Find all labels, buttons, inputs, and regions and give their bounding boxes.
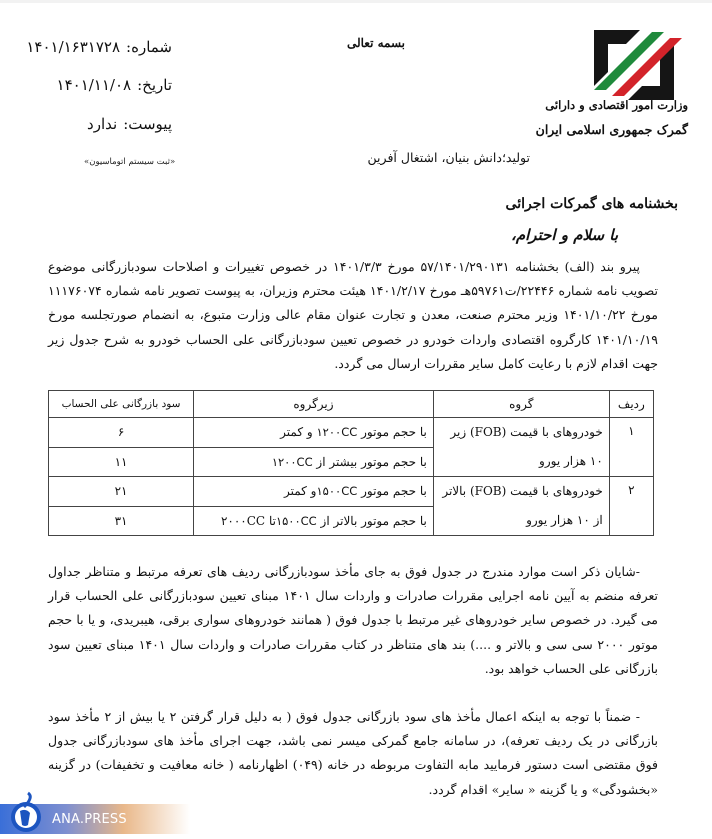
intro-paragraph: پیرو بند (الف) بخشنامه ۵۷/۱۴۰۱/۲۹۰۱۳۱ مو… — [48, 255, 658, 376]
subgroup-label-suffix: و کمتر — [284, 484, 317, 498]
basmala: بسمه تعالی — [343, 36, 409, 50]
subgroup-label: با حجم موتور — [357, 425, 427, 439]
iran-customs-logo — [582, 28, 686, 102]
row-rate: ۶ — [49, 418, 194, 448]
watermark-text: ANA.PRESS — [52, 812, 127, 827]
row-subgroup: با حجم موتور ۱۲۰۰CC و کمتر — [194, 418, 434, 448]
ministry-name: وزارت امور اقتصادی و دارائی — [488, 98, 688, 112]
paragraph-note-text: -شایان ذکر است موارد مندرج در جدول فوق ب… — [48, 560, 658, 681]
recipient-heading: بخشنامه های گمرکات اجرائی — [506, 196, 678, 212]
paragraph-note: -شایان ذکر است موارد مندرج در جدول فوق ب… — [48, 560, 658, 681]
letter-number-label: شماره: — [126, 38, 172, 56]
header-row-number: ردیف — [609, 391, 653, 418]
subgroup-label-suffix: تا ۲۰۰۰CC — [221, 514, 276, 528]
subgroup-label-suffix: و کمتر — [280, 425, 316, 439]
row-subgroup: با حجم موتور ۱۵۰۰CCو کمتر — [194, 477, 434, 507]
row-subgroup: با حجم موتور بیشتر از ۱۲۰۰CC — [194, 447, 434, 477]
profit-rate-table: ردیف گروه زیرگروه سود بازرگانی علی الحسا… — [48, 390, 654, 536]
letter-number-value: ۱۴۰۱/۱۶۳۱۷۲۸ — [26, 38, 120, 56]
row-subgroup: با حجم موتور بالاتر از ۱۵۰۰CCتا ۲۰۰۰CC — [194, 506, 434, 536]
row-rate: ۳۱ — [49, 506, 194, 536]
row-rate: ۲۱ — [49, 477, 194, 507]
row-number: ۱ — [609, 418, 653, 477]
letter-number: شماره:۱۴۰۱/۱۶۳۱۷۲۸ — [26, 38, 172, 56]
paragraph-system-instruction: - ضمناً با توجه به اینکه اعمال مأخذ های … — [48, 705, 658, 802]
paragraph-system-instruction-text: - ضمناً با توجه به اینکه اعمال مأخذ های … — [48, 705, 658, 802]
header-rate: سود بازرگانی علی الحساب — [49, 391, 194, 418]
row-rate: ۱۱ — [49, 447, 194, 477]
letter-date: تاریخ:۱۴۰۱/۱۱/۰۸ — [57, 76, 172, 94]
letter-attachment: پیوست:ندارد — [87, 115, 172, 133]
engine-cc: ۱۵۰۰CC — [276, 514, 317, 528]
header-group: گروه — [433, 391, 609, 418]
engine-cc: ۱۵۰۰CC — [316, 484, 357, 498]
top-edge — [0, 0, 712, 3]
letter-date-label: تاریخ: — [137, 76, 172, 94]
letter-attachment-label: پیوست: — [123, 115, 172, 133]
subgroup-label: با حجم موتور — [357, 484, 427, 498]
row-group: خودروهای با قیمت (FOB) بالاتر از ۱۰ هزار… — [433, 477, 609, 536]
row-number: ۲ — [609, 477, 653, 536]
letter-attachment-value: ندارد — [87, 115, 117, 133]
table-row: ۲ خودروهای با قیمت (FOB) بالاتر از ۱۰ هز… — [49, 477, 654, 507]
subgroup-label: با حجم موتور بالاتر از — [317, 514, 427, 528]
greeting: با سلام و احترام، — [511, 226, 618, 244]
engine-cc: ۱۲۰۰CC — [272, 455, 313, 469]
subgroup-label: با حجم موتور بیشتر از — [313, 455, 427, 469]
ana-press-logo-icon — [6, 791, 48, 835]
intro-paragraph-text: پیرو بند (الف) بخشنامه ۵۷/۱۴۰۱/۲۹۰۱۳۱ مو… — [48, 255, 658, 376]
header-subgroup: زیرگروه — [194, 391, 434, 418]
row-group: خودروهای با قیمت (FOB) زیر ۱۰ هزار یورو — [433, 418, 609, 477]
letter-date-value: ۱۴۰۱/۱۱/۰۸ — [57, 76, 132, 94]
table-header-row: ردیف گروه زیرگروه سود بازرگانی علی الحسا… — [49, 391, 654, 418]
year-slogan: تولید؛دانش بنیان، اشتغال آفرین — [300, 150, 530, 165]
automation-note: «ثبت سیستم اتوماسیون» — [84, 157, 175, 167]
customs-name: گمرک جمهوری اسلامی ایران — [488, 122, 688, 137]
engine-cc: ۱۲۰۰CC — [316, 425, 357, 439]
table-row: ۱ خودروهای با قیمت (FOB) زیر ۱۰ هزار یور… — [49, 418, 654, 448]
